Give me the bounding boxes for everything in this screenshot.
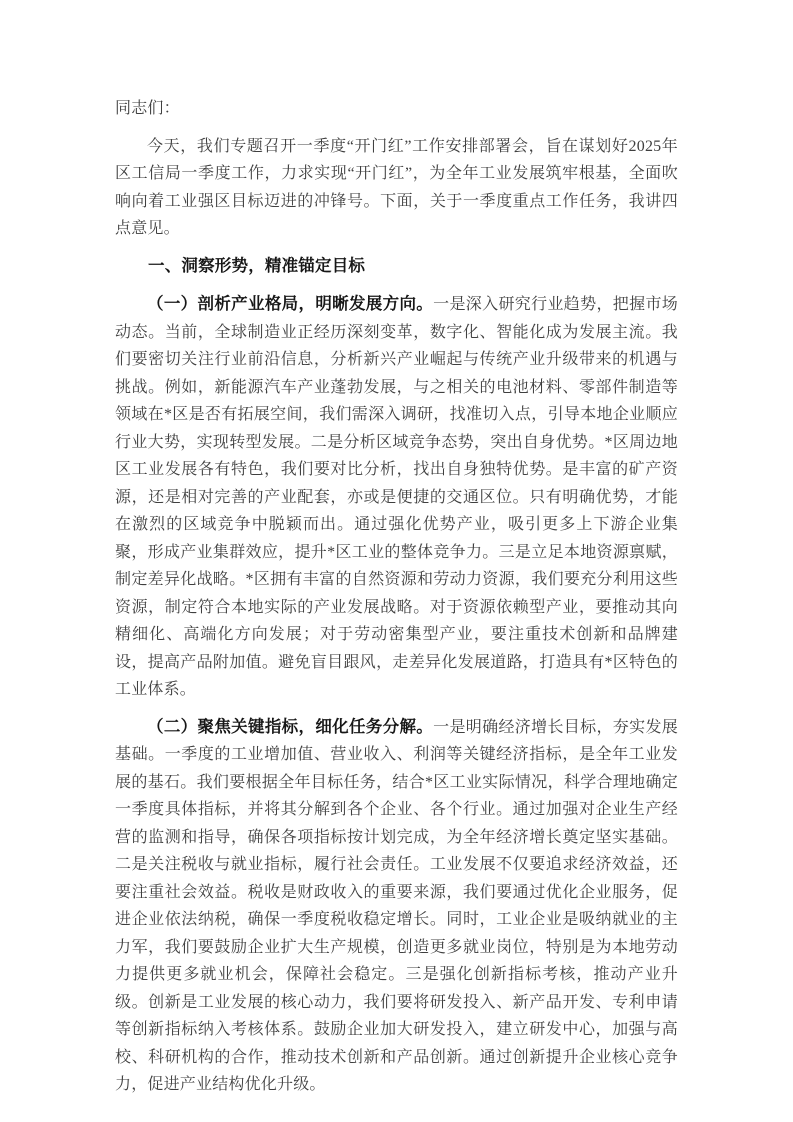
subsection-1-lead: （一）剖析产业格局，明晰发展方向。 — [147, 295, 433, 313]
subsection-paragraph-1: （一）剖析产业格局，明晰发展方向。一是深入研究行业趋势，把握市场动态。当前，全球… — [115, 291, 678, 704]
section-heading-1: 一、洞察形势，精准锚定目标 — [115, 253, 678, 281]
intro-paragraph: 今天，我们专题召开一季度“开门红”工作安排部署会，旨在谋划好2025年区工信局一… — [115, 133, 678, 243]
salutation: 同志们： — [115, 95, 678, 123]
subsection-2-body: 一是明确经济增长目标，夯实发展基础。一季度的工业增加值、营业收入、利润等关键经济… — [115, 719, 678, 1094]
document-page: 同志们： 今天，我们专题召开一季度“开门红”工作安排部署会，旨在谋划好2025年… — [0, 0, 793, 1122]
subsection-1-body: 一是深入研究行业趋势，把握市场动态。当前，全球制造业正经历深刻变革，数字化、智能… — [115, 296, 678, 698]
subsection-paragraph-2: （二）聚焦关键指标，细化任务分解。一是明确经济增长目标，夯实发展基础。一季度的工… — [115, 714, 678, 1099]
subsection-2-lead: （二）聚焦关键指标，细化任务分解。 — [147, 718, 433, 736]
